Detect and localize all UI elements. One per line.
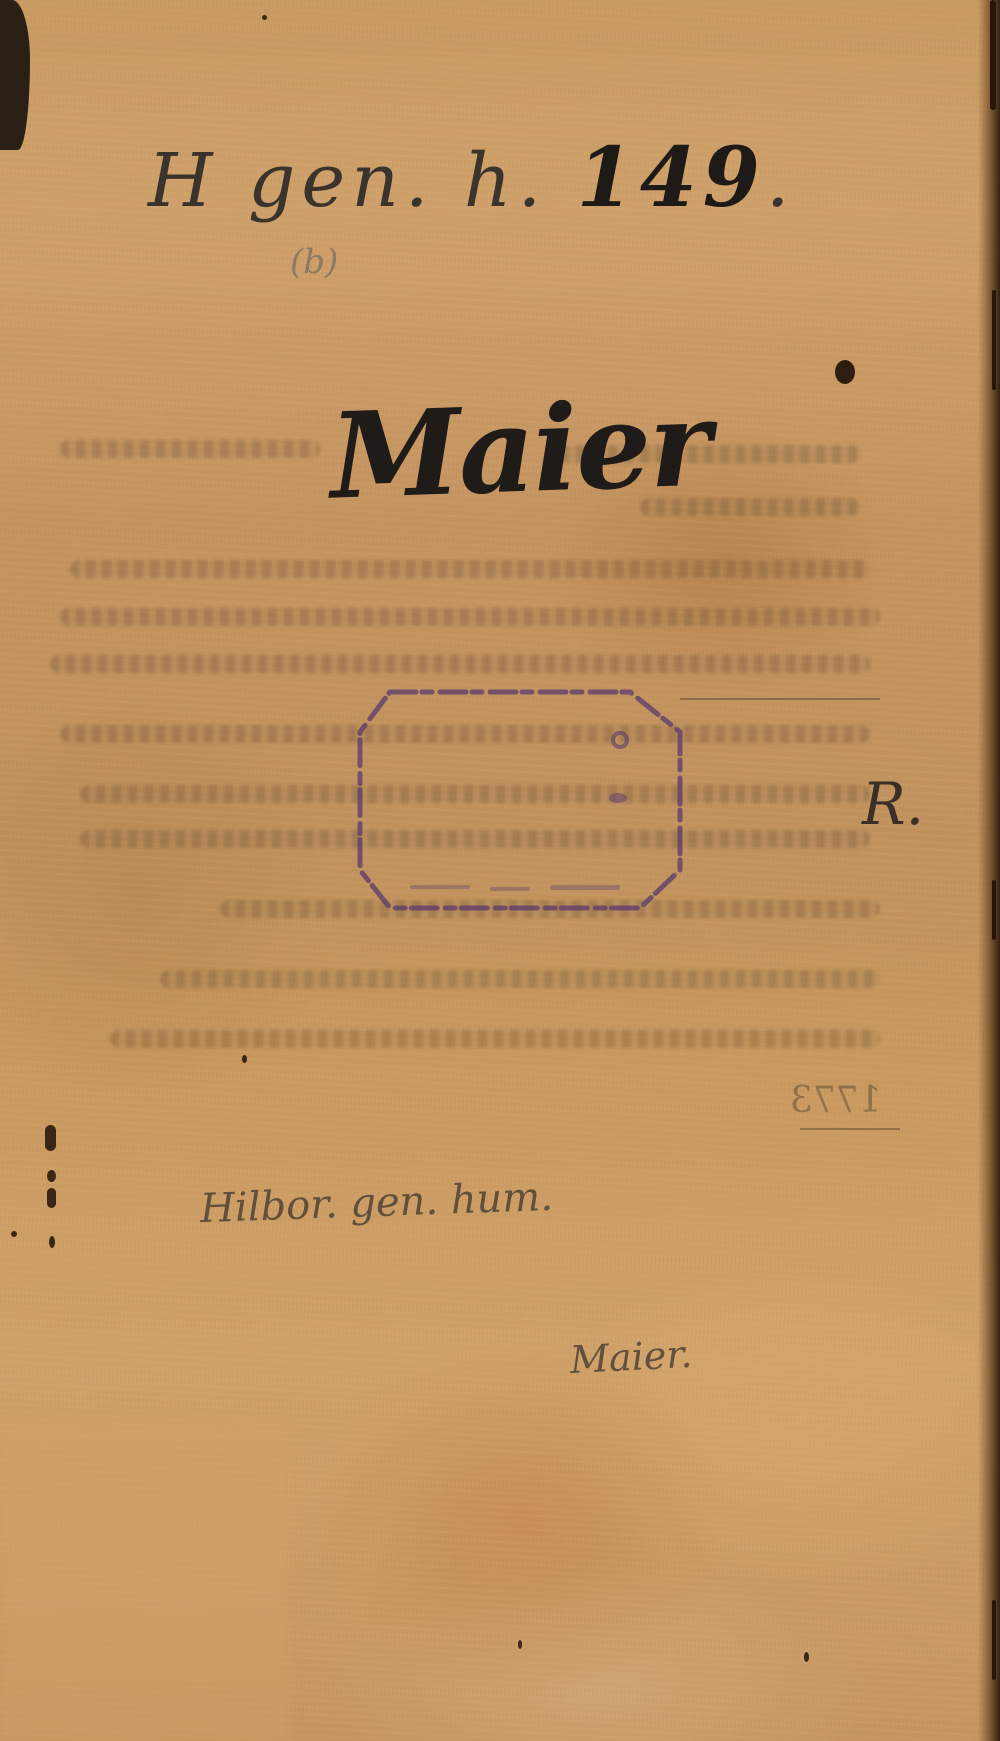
manuscript-page: 1773 H gen. h. 149. (b) Maier R. Hilbor.… [0,0,1000,1741]
bleed-line [60,608,880,626]
bleed-line [110,1030,880,1048]
speck [262,15,267,20]
margin-mark-r: R. [862,770,924,838]
shelfmark-suffix: . [766,138,796,224]
library-stamp [350,680,690,920]
title-inscription: Maier [328,373,712,525]
speck [11,1231,17,1237]
speck [518,1640,522,1649]
pencil-note: Hilbor. gen. hum. [199,1174,553,1232]
bleed-rule [680,698,880,700]
speck [804,1652,809,1662]
spine-edge [978,0,1000,1741]
bleed-through-year: 1773 [790,1080,882,1121]
spine-crack [992,1600,996,1680]
spine-crack [992,290,996,390]
paper-hole [835,360,855,384]
pale-paper-patch [0,1420,290,1741]
binding-hole [49,1236,55,1248]
bleed-line [50,655,870,673]
pencil-signature: Maier. [569,1332,693,1382]
bleed-line [160,970,880,988]
shelfmark-number: 149 [577,130,766,226]
bleed-line [60,440,320,458]
faint-annotation: (b) [290,242,338,282]
bleed-line [70,560,870,578]
binding-hole [45,1125,56,1151]
binding-hole [47,1170,56,1182]
binding-hole [47,1188,56,1208]
speck [242,1055,247,1063]
bleed-rule [800,1128,900,1130]
shelfmark-prefix: H gen. h. [148,138,547,224]
spine-crack [992,880,996,940]
spine-crack [990,0,996,110]
shelfmark: H gen. h. 149. [148,130,795,226]
ink-blot-left-edge [0,0,30,150]
